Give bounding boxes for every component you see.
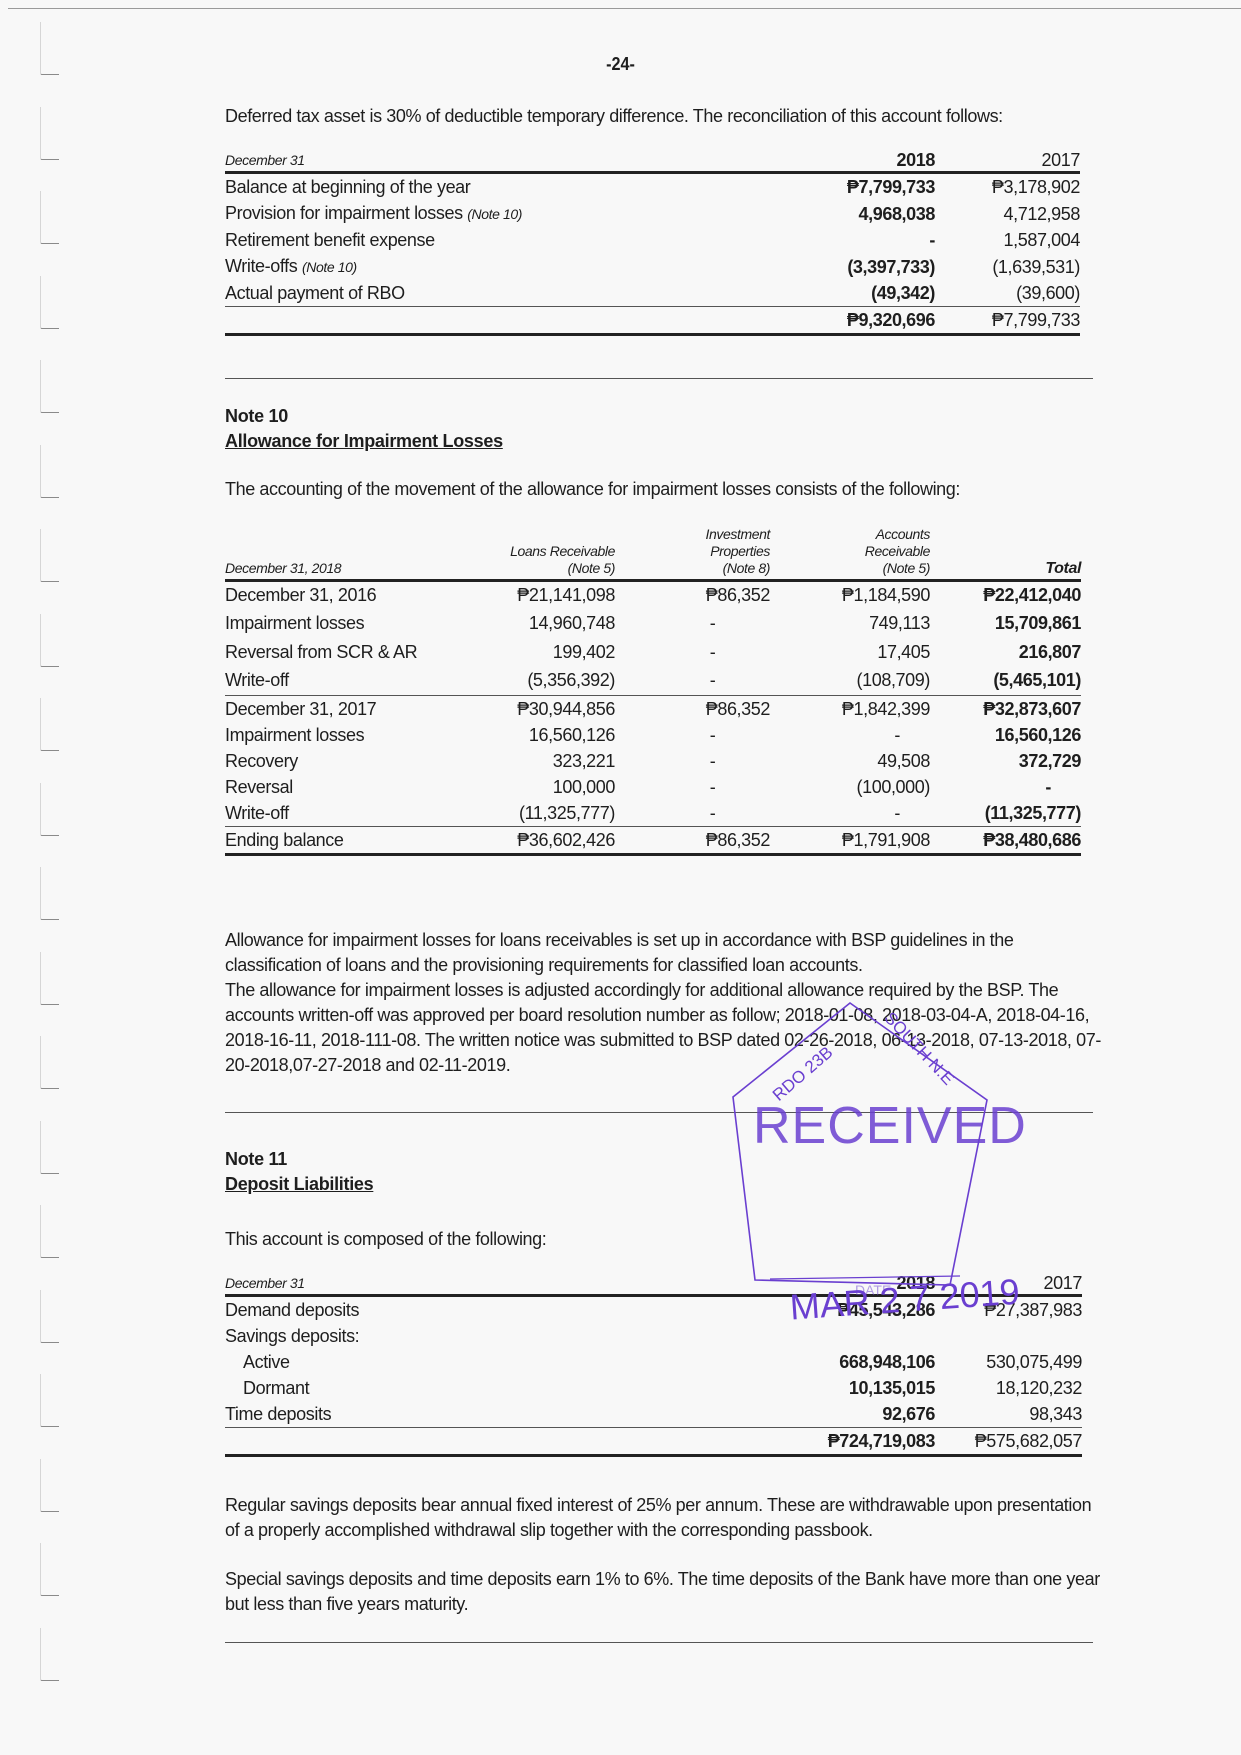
column-header-date: December 31 — [225, 152, 785, 173]
row-label-text: Actual payment of RBO — [225, 283, 405, 303]
total-value: 372,729 — [930, 748, 1081, 774]
row-label: Write-off — [225, 666, 440, 695]
section-divider — [225, 1642, 1093, 1643]
note10-title: Allowance for Impairment Losses — [225, 429, 503, 454]
row-label: Recovery — [225, 748, 440, 774]
accounts-receivable-value: 749,113 — [770, 608, 930, 637]
row-label: Provision for impairment losses (Note 10… — [225, 200, 785, 227]
page-number: -24- — [62, 54, 1179, 75]
note-reference: (Note 10) — [467, 206, 522, 222]
note10-number: Note 10 — [225, 404, 288, 429]
investment-properties-value: ₱86,352 — [615, 581, 770, 609]
row-label-text: Write-offs — [225, 256, 297, 276]
column-header-2018: 2018 — [785, 1275, 935, 1296]
total-2018: ₱9,320,696 — [785, 307, 935, 335]
note11-number: Note 11 — [225, 1147, 287, 1172]
document-page: -24- Deferred tax asset is 30% of deduct… — [0, 0, 1241, 1755]
row-label: Retirement benefit expense — [225, 227, 785, 253]
row-label: Actual payment of RBO — [225, 280, 785, 307]
table-row: Reversal100,000-(100,000)- — [225, 774, 1081, 800]
row-label: Reversal — [225, 774, 440, 800]
total-2018: ₱724,719,083 — [785, 1428, 935, 1456]
table-row: Savings deposits: — [225, 1323, 1082, 1349]
note10-para-2: The allowance for impairment losses is a… — [225, 978, 1105, 1078]
allowance-table: December 31, 2018 Loans Receivable(Note … — [225, 526, 1081, 856]
binder-mark — [40, 22, 59, 75]
binder-mark — [40, 1543, 59, 1596]
column-header-date: December 31, 2018 — [225, 526, 440, 581]
header-line: Loans Receivable — [510, 543, 615, 559]
value-2017: ₱3,178,902 — [935, 173, 1080, 201]
note11-title: Deposit Liabilities — [225, 1172, 373, 1197]
accounts-receivable-value: - — [770, 722, 930, 748]
table-row: Ending balance₱36,602,426₱86,352₱1,791,9… — [225, 826, 1081, 854]
section-divider — [225, 378, 1093, 379]
investment-properties-value: - — [615, 722, 770, 748]
loans-receivable-value: 14,960,748 — [440, 608, 615, 637]
investment-properties-value: ₱86,352 — [615, 826, 770, 854]
value-2018 — [785, 1323, 935, 1349]
header-line: Receivable — [865, 543, 930, 559]
loans-receivable-value: ₱21,141,098 — [440, 581, 615, 609]
loans-receivable-value: ₱36,602,426 — [440, 826, 615, 854]
row-label: December 31, 2017 — [225, 695, 440, 722]
header-line: Properties — [710, 543, 770, 559]
loans-receivable-value: ₱30,944,856 — [440, 695, 615, 722]
total-value: (11,325,777) — [930, 800, 1081, 827]
note-reference: (Note 10) — [302, 259, 357, 275]
binder-mark — [40, 1205, 59, 1258]
row-label: Demand deposits — [225, 1296, 785, 1324]
value-2017: (1,639,531) — [935, 253, 1080, 280]
binder-mark — [40, 952, 59, 1005]
note11-para-1: Regular savings deposits bear annual fix… — [225, 1493, 1105, 1543]
value-2018: ₱45,543,286 — [785, 1296, 935, 1324]
total-value: 216,807 — [930, 637, 1081, 666]
binder-mark — [40, 360, 59, 413]
column-header-total: Total — [930, 526, 1081, 581]
column-header-investment: InvestmentProperties(Note 8) — [615, 526, 770, 581]
table-row: Time deposits92,67698,343 — [225, 1401, 1082, 1428]
value-2018: (3,397,733) — [785, 253, 935, 280]
table-row: Provision for impairment losses (Note 10… — [225, 200, 1080, 227]
accounts-receivable-value: (108,709) — [770, 666, 930, 695]
binder-mark — [40, 1628, 59, 1681]
value-2017: (39,600) — [935, 280, 1080, 307]
value-2018: 10,135,015 — [785, 1375, 935, 1401]
scan-edge-line — [8, 8, 1241, 9]
table-row: Reversal from SCR & AR199,402-17,405216,… — [225, 637, 1081, 666]
binder-mark — [40, 107, 59, 160]
binder-mark — [40, 276, 59, 329]
accounts-receivable-value: ₱1,184,590 — [770, 581, 930, 609]
binder-mark — [40, 614, 59, 667]
table-row: Impairment losses16,560,126--16,560,126 — [225, 722, 1081, 748]
total-value: (5,465,101) — [930, 666, 1081, 695]
total-value: 16,560,126 — [930, 722, 1081, 748]
table-row: Write-offs (Note 10)(3,397,733)(1,639,53… — [225, 253, 1080, 280]
loans-receivable-value: 16,560,126 — [440, 722, 615, 748]
column-header-loans: Loans Receivable(Note 5) — [440, 526, 615, 581]
loans-receivable-value: 199,402 — [440, 637, 615, 666]
table-row: Dormant10,135,01518,120,232 — [225, 1375, 1082, 1401]
binder-mark — [40, 1121, 59, 1174]
note10-title-text: Allowance for Impairment Losses — [225, 431, 503, 451]
investment-properties-value: - — [615, 774, 770, 800]
deposit-liabilities-table: December 31 2018 2017 Demand deposits₱45… — [225, 1275, 1082, 1457]
binder-mark — [40, 1290, 59, 1343]
value-2017: 1,587,004 — [935, 227, 1080, 253]
column-header-accounts: AccountsReceivable(Note 5) — [770, 526, 930, 581]
note10-para-1: Allowance for impairment losses for loan… — [225, 928, 1105, 978]
total-value: ₱32,873,607 — [930, 695, 1081, 722]
accounts-receivable-value: - — [770, 800, 930, 827]
investment-properties-value: - — [615, 666, 770, 695]
row-label: December 31, 2016 — [225, 581, 440, 609]
stamp-status: RECEIVED — [753, 1097, 1027, 1155]
column-header-date: December 31 — [225, 1275, 785, 1296]
header-line: (Note 5) — [568, 560, 615, 576]
investment-properties-value: - — [615, 637, 770, 666]
investment-properties-value: - — [615, 748, 770, 774]
table-row: December 31, 2017₱30,944,856₱86,352₱1,84… — [225, 695, 1081, 722]
total-2017: ₱575,682,057 — [935, 1428, 1082, 1456]
accounts-receivable-value: (100,000) — [770, 774, 930, 800]
loans-receivable-value: 323,221 — [440, 748, 615, 774]
value-2018: 4,968,038 — [785, 200, 935, 227]
row-label: Ending balance — [225, 826, 440, 854]
table-row: Demand deposits₱45,543,286₱27,387,983 — [225, 1296, 1082, 1324]
accounts-receivable-value: 49,508 — [770, 748, 930, 774]
value-2017: ₱27,387,983 — [935, 1296, 1082, 1324]
value-2017 — [935, 1323, 1082, 1349]
total-label — [225, 307, 785, 335]
column-header-2018: 2018 — [785, 152, 935, 173]
binder-mark — [40, 783, 59, 836]
column-header-2017: 2017 — [935, 1275, 1082, 1296]
value-2018: 92,676 — [785, 1401, 935, 1428]
table-row: Balance at beginning of the year₱7,799,7… — [225, 173, 1080, 201]
table-row: Active668,948,106530,075,499 — [225, 1349, 1082, 1375]
total-value: - — [930, 774, 1081, 800]
loans-receivable-value: (5,356,392) — [440, 666, 615, 695]
value-2018: ₱7,799,733 — [785, 173, 935, 201]
row-label: Savings deposits: — [225, 1323, 785, 1349]
note10-intro: The accounting of the movement of the al… — [225, 477, 1105, 502]
accounts-receivable-value: ₱1,791,908 — [770, 826, 930, 854]
value-2017: 530,075,499 — [935, 1349, 1082, 1375]
binder-mark — [40, 1459, 59, 1512]
loans-receivable-value: (11,325,777) — [440, 800, 615, 827]
table-row: Impairment losses14,960,748-749,11315,70… — [225, 608, 1081, 637]
row-label: Balance at beginning of the year — [225, 173, 785, 201]
loans-receivable-value: 100,000 — [440, 774, 615, 800]
header-line: Investment — [706, 526, 770, 542]
column-header-2017: 2017 — [935, 152, 1080, 173]
header-line: (Note 8) — [723, 560, 770, 576]
table-row: Actual payment of RBO(49,342)(39,600) — [225, 280, 1080, 307]
row-label-text: Provision for impairment losses — [225, 203, 463, 223]
binder-mark — [40, 1374, 59, 1427]
row-label: Write-off — [225, 800, 440, 827]
total-value: ₱22,412,040 — [930, 581, 1081, 609]
accounts-receivable-value: ₱1,842,399 — [770, 695, 930, 722]
row-label-text: Balance at beginning of the year — [225, 177, 470, 197]
binder-mark — [40, 698, 59, 751]
table-row: Retirement benefit expense-1,587,004 — [225, 227, 1080, 253]
row-label: Dormant — [225, 1375, 785, 1401]
row-label: Time deposits — [225, 1401, 785, 1428]
header-line: (Note 5) — [883, 560, 930, 576]
row-label: Impairment losses — [225, 722, 440, 748]
header-line: Accounts — [876, 526, 930, 542]
total-value: ₱38,480,686 — [930, 826, 1081, 854]
value-2018: - — [785, 227, 935, 253]
accounts-receivable-value: 17,405 — [770, 637, 930, 666]
row-label: Reversal from SCR & AR — [225, 637, 440, 666]
row-label-text: Retirement benefit expense — [225, 230, 435, 250]
investment-properties-value: - — [615, 608, 770, 637]
investment-properties-value: - — [615, 800, 770, 827]
deferred-tax-table: December 31 2018 2017 Balance at beginni… — [225, 152, 1080, 336]
binder-mark — [40, 529, 59, 582]
binder-mark — [40, 867, 59, 920]
total-value: 15,709,861 — [930, 608, 1081, 637]
table-row: Write-off(5,356,392)-(108,709)(5,465,101… — [225, 666, 1081, 695]
note11-intro: This account is composed of the followin… — [225, 1227, 1105, 1252]
table-row: Write-off(11,325,777)--(11,325,777) — [225, 800, 1081, 827]
note11-title-text: Deposit Liabilities — [225, 1174, 373, 1194]
total-row: ₱9,320,696₱7,799,733 — [225, 307, 1080, 335]
value-2017: 98,343 — [935, 1401, 1082, 1428]
table-row: December 31, 2016₱21,141,098₱86,352₱1,18… — [225, 581, 1081, 609]
row-label: Active — [225, 1349, 785, 1375]
value-2017: 18,120,232 — [935, 1375, 1082, 1401]
total-row: ₱724,719,083₱575,682,057 — [225, 1428, 1082, 1456]
table-row: Recovery323,221-49,508372,729 — [225, 748, 1081, 774]
binder-mark — [40, 1036, 59, 1089]
value-2018: 668,948,106 — [785, 1349, 935, 1375]
value-2018: (49,342) — [785, 280, 935, 307]
section-divider — [225, 1112, 1093, 1113]
note11-para-2: Special savings deposits and time deposi… — [225, 1567, 1105, 1617]
binder-mark — [40, 191, 59, 244]
total-2017: ₱7,799,733 — [935, 307, 1080, 335]
investment-properties-value: ₱86,352 — [615, 695, 770, 722]
row-label: Impairment losses — [225, 608, 440, 637]
value-2017: 4,712,958 — [935, 200, 1080, 227]
binder-mark — [40, 445, 59, 498]
row-label: Write-offs (Note 10) — [225, 253, 785, 280]
deferred-tax-intro: Deferred tax asset is 30% of deductible … — [225, 104, 1105, 129]
total-label — [225, 1428, 785, 1456]
